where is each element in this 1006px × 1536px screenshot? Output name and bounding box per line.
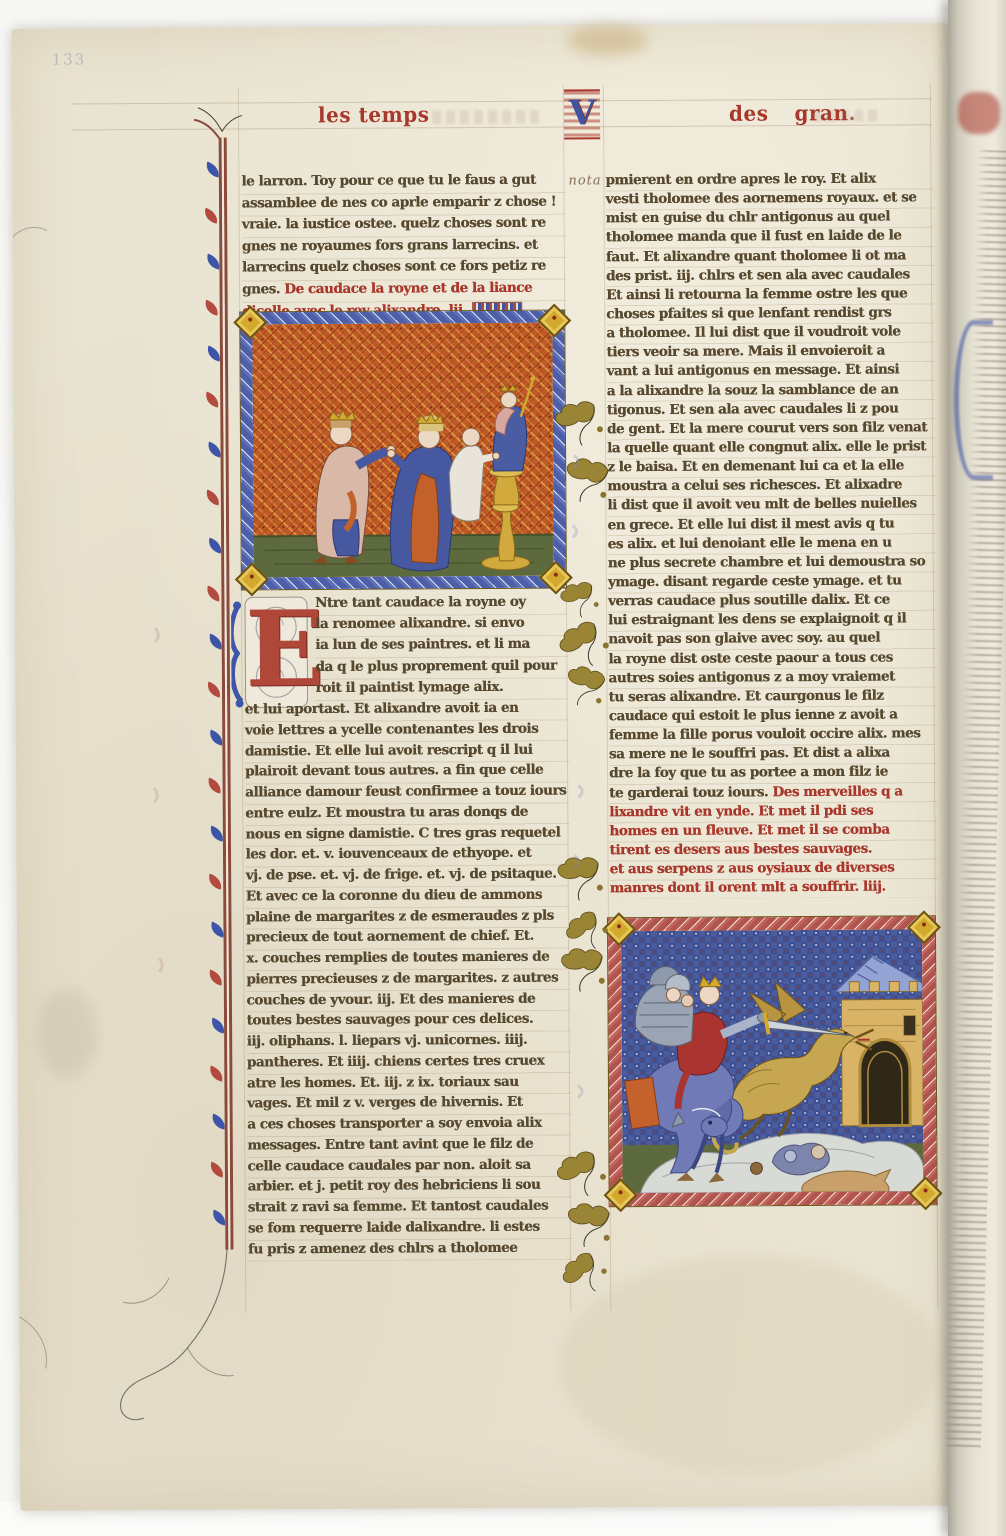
text-line: celle caudace caudales par non. aloit sa (247, 1156, 571, 1179)
text-line: manres dont il orent mlt a souffrir. lii… (610, 878, 938, 899)
text-line: tirent es desers aus bestes sauvages. (609, 840, 937, 861)
left-column-body-text: et lui aportast. Et alixandre avoit ia e… (245, 699, 572, 1261)
text-line: larrecins quelz choses sont ce fors peti… (242, 258, 566, 282)
miniature1-scene (252, 323, 554, 578)
text-line: pantheres. Et iiij. chiens certes tres c… (247, 1052, 571, 1075)
text-line: tu seras alixandre. Et caurgonus le filz (609, 687, 937, 708)
text-line: caudace qui estoit le plus ienne z avoit… (609, 706, 937, 727)
initial-letter: E (245, 593, 325, 705)
text-line: alliance damour feust confirmee a touz i… (245, 782, 569, 805)
text-line: ne plus secrete chambre et lui demoustra… (608, 553, 936, 574)
text-line: la royne dist oste ceste paour a tous ce… (608, 649, 936, 670)
text-line: Et ainsi li retourna la femme ostre les … (606, 285, 934, 306)
text-line: arbier. et j. petit roy des hebriciens l… (248, 1177, 572, 1200)
text-line: vages. Et mil z v. verges de hivernis. E… (247, 1094, 571, 1117)
right-column-text: pmierent en ordre apres le roy. Et alixv… (605, 170, 937, 899)
left-bar-leaves (205, 162, 225, 1226)
illuminated-initial: E (231, 593, 312, 711)
text-line: vesti tholomee des aornemens royaux. et … (605, 189, 933, 210)
text-line: faut. Et alixandre quant tholomee li ot … (606, 247, 934, 268)
left-bar-border (12, 107, 250, 1420)
text-line: a ces choses transporter a soy envoia al… (247, 1114, 571, 1137)
stain (567, 25, 647, 55)
text-line: sa mere ne le souffri pas. Et dist a ali… (609, 744, 937, 765)
text-line: dre la foy que tu as portee a mon filz i… (609, 764, 937, 785)
text-line: a la alixandre la souz la samblance de a… (607, 381, 935, 402)
text-line: atre les homes. Et. iij. z ix. toriaux s… (247, 1073, 571, 1096)
text-line: femme la fille porus vouloit occire alix… (609, 725, 937, 746)
text-line: toutes bestes sauvages pour ces delices. (246, 1011, 570, 1034)
text-line: Ntre tant caudace la royne oy (315, 593, 567, 616)
text-line: verras caudace plus soutille dalix. Et c… (608, 591, 936, 612)
text-line: strait z ravi sa femme. Et tantost cauda… (248, 1197, 572, 1220)
text-line: lixandre vit en ynde. Et met il pdi ses (609, 802, 937, 823)
text-line: et lui aportast. Et alixandre avoit ia e… (245, 699, 569, 722)
text-line: precieux de tout aornement de chief. Et. (246, 928, 570, 951)
quire-numeral: V (564, 89, 600, 139)
text-line: les dor. et. v. iouvenceaux de ethyope. … (245, 845, 569, 868)
text-line: tiers veoir sa mere. Mais il envoieroit … (606, 343, 934, 364)
text-line: a tholomee. Il lui dist que il voudroit … (606, 323, 934, 344)
miniature-alexander-beasts (608, 916, 937, 1206)
text-line: mist en guise du chlr antigonus au quel (606, 209, 934, 230)
text-line: se fom requerre laide dalixandre. li est… (248, 1218, 572, 1241)
text-line: ymage. disant regarde ceste ymage. et tu (608, 572, 936, 593)
text-line: pmierent en ordre apres le roy. Et alix (605, 170, 933, 191)
numeral-v-glyph: V (569, 93, 596, 133)
left-column-top-text: le larron. Toy pour ce que tu le faus a … (241, 171, 566, 324)
text-line: la renomee alixandre. si envo (315, 615, 567, 638)
text-line: en grece. Et elle lui dist il mest avis … (607, 515, 935, 536)
text-line: assamblee de nes co aprle emparir z chos… (242, 193, 566, 217)
running-title-left: les temps (318, 102, 430, 128)
text-line: plairoit devant tous autres. a fin que c… (245, 762, 569, 785)
text-line: Et avec ce la coronne du dieu de ammons (246, 886, 570, 909)
text-line: entre eulz. Et moustra tu aras donqs de (245, 803, 569, 826)
text-line: vj. de pse. et. vj. de frige. et. vj. de… (246, 865, 570, 888)
stain (559, 1253, 940, 1475)
left-column-initial-text: Ntre tant caudace la royne oyla renomee … (315, 593, 568, 700)
text-line: gnes ne royaumes fors grans larrecins. e… (242, 236, 566, 260)
miniature2-scene (621, 929, 924, 1193)
text-line: es alix. et lui denoiant elle le mena en… (608, 534, 936, 555)
text-line: x. couches remplies de toutes manieres d… (246, 948, 570, 971)
text-line: navoit pas son glaive avec soy. au quel (608, 630, 936, 651)
text-line: nous en signe damistie. C tres gras requ… (245, 824, 569, 847)
text-line: la quelle quant elle congnut alix. elle … (607, 438, 935, 459)
folio-number: 133 (52, 50, 87, 68)
text-line: et aus serpens z aus oysiaux de diverses (610, 859, 938, 880)
text-line: vant a lui antigonus en message. Et ains… (607, 362, 935, 383)
text-line: le larron. Toy pour ce que tu le faus a … (241, 171, 565, 195)
text-line: tholomee manda que il fust en laide de l… (606, 228, 934, 249)
text-line: damistie. Et elle lui avoit rescript q i… (245, 741, 569, 764)
text-line: fu pris z amenez des chlrs a tholomee (248, 1239, 572, 1262)
margin-note: nota (568, 173, 601, 188)
miniature-candace-alexander (240, 311, 566, 590)
text-line: autres soies antigonus z a moy vraiemet (608, 668, 936, 689)
text-line: couches de yvour. iij. Et des manieres d… (246, 990, 570, 1013)
text-line: te garderai touz iours. Des merveilles q… (609, 783, 937, 804)
text-line: de gent. Et la mere courut vers son filz… (607, 419, 935, 440)
text-line: roit il paintist lymage alix. (315, 678, 567, 701)
next-folio-rubric-smudge (958, 92, 1000, 134)
text-line: li dist que il avoit veu mlt de belles n… (607, 496, 935, 517)
text-line: tigonus. Et sen ala avec caudales li z p… (607, 400, 935, 421)
text-line: da q le plus proprement quil pour (315, 657, 567, 680)
text-line: gnes. De caudace la royne et de la lianc… (242, 279, 566, 303)
text-line: moustra a celui ses richesces. Et alixad… (607, 476, 935, 497)
text-line: ia lun de ses paintres. et li ma (315, 636, 567, 659)
text-line: messages. Entre tant avint que le filz d… (247, 1135, 571, 1158)
text-line: choses pfaites si que lenfant rendist gr… (606, 304, 934, 325)
parchment: 133 les temps V desgran. nota le larron.… (11, 23, 956, 1511)
show-through-text (812, 110, 882, 122)
show-through-text (432, 110, 542, 125)
text-line: plaine de margarites z de esmeraudes z p… (246, 907, 570, 930)
text-line: vraie. la iustice ostee. quelz choses so… (242, 215, 566, 239)
text-line: iij. oliphans. l. liepars vj. unicornes.… (247, 1031, 571, 1054)
text-line: homes en un fleuve. Et met il se comba (609, 821, 937, 842)
text-line: pierres precieuses z de margarites. z au… (246, 969, 570, 992)
text-line: lui estraignant les dens se explaignoit … (608, 610, 936, 631)
next-folio-text-lines (943, 150, 1006, 1451)
text-line: des prist. iij. chlrs et sen ala avec ca… (606, 266, 934, 287)
manuscript-page: 133 les temps V desgran. nota le larron.… (0, 0, 1006, 1536)
next-folio-edge (948, 0, 1006, 1536)
text-line: voie lettres a ycelle contenantes les dr… (245, 720, 569, 743)
stain (37, 988, 98, 1078)
text-line: z le baisa. Et en demenant lui ca et la … (607, 457, 935, 478)
